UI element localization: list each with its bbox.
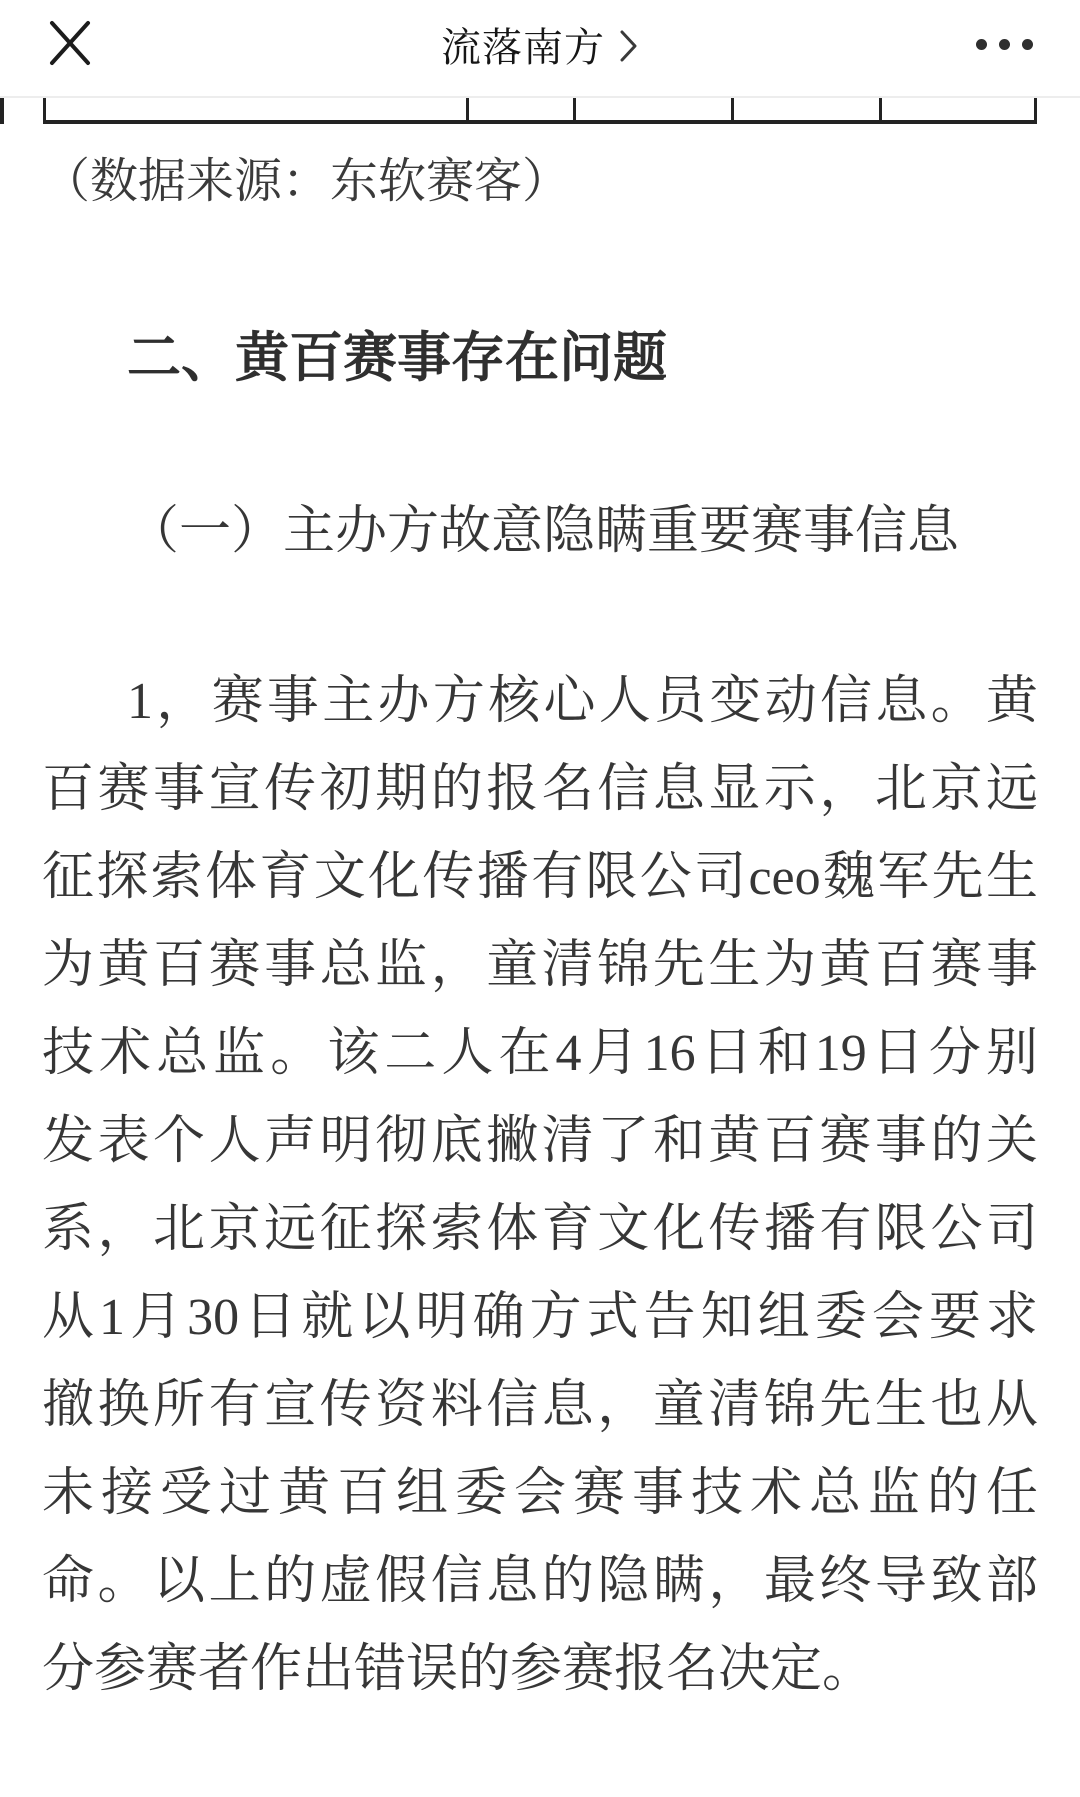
more-button[interactable] — [972, 22, 1036, 66]
table-vline — [731, 98, 734, 120]
paragraph: 1，赛事主办方核心人员变动信息。黄 百赛事宣传初期的报名信息显示，北京远 征探索… — [42, 658, 1038, 1714]
paragraph-line: 撤换所有宣传资料信息，童清锦先生也从 — [42, 1362, 1038, 1450]
close-button[interactable] — [44, 16, 96, 68]
data-source-caption: （数据来源：东软赛客） — [42, 142, 1038, 222]
table-vline — [43, 98, 46, 120]
paragraph-line: 百赛事宣传初期的报名信息显示，北京远 — [42, 746, 1038, 834]
subsection-heading: （一）主办方故意隐瞒重要赛事信息 — [42, 487, 1038, 577]
paragraph-line: 为黄百赛事总监，童清锦先生为黄百赛事 — [42, 922, 1038, 1010]
paragraph-line: 发表个人声明彻底撇清了和黄百赛事的关 — [42, 1098, 1038, 1186]
ellipsis-icon — [976, 39, 987, 50]
paragraph-line: 征探索体育文化传播有限公司ceo魏军先生 — [42, 834, 1038, 922]
article-source[interactable]: 流落南方 — [0, 0, 1080, 96]
table-vline — [1034, 98, 1037, 120]
table-vline — [466, 98, 469, 120]
table-vline — [879, 98, 882, 120]
article-body: （数据来源：东软赛客） 二、黄百赛事存在问题 （一）主办方故意隐瞒重要赛事信息 … — [42, 120, 1038, 1714]
section-heading: 二、黄百赛事存在问题 — [42, 311, 1038, 405]
chevron-right-icon — [619, 29, 639, 68]
article-source-title: 流落南方 — [441, 0, 605, 96]
table-vline — [573, 98, 576, 120]
table-left-border-fragment — [0, 98, 4, 124]
paragraph-line: 系，北京远征探索体育文化传播有限公司 — [42, 1186, 1038, 1274]
paragraph-line: 分参赛者作出错误的参赛报名决定。 — [42, 1626, 1038, 1714]
paragraph-line: 1，赛事主办方核心人员变动信息。黄 — [42, 658, 1038, 746]
close-icon — [44, 56, 96, 71]
paragraph-line: 未接受过黄百组委会赛事技术总监的任 — [42, 1450, 1038, 1538]
paragraph-line: 技术总监。该二人在4月16日和19日分别 — [42, 1010, 1038, 1098]
paragraph-line: 命。以上的虚假信息的隐瞒，最终导致部 — [42, 1538, 1038, 1626]
ellipsis-icon — [999, 39, 1010, 50]
ellipsis-icon — [1022, 39, 1033, 50]
paragraph-line: 从1月30日就以明确方式告知组委会要求 — [42, 1274, 1038, 1362]
navbar: 流落南方 — [0, 0, 1080, 98]
